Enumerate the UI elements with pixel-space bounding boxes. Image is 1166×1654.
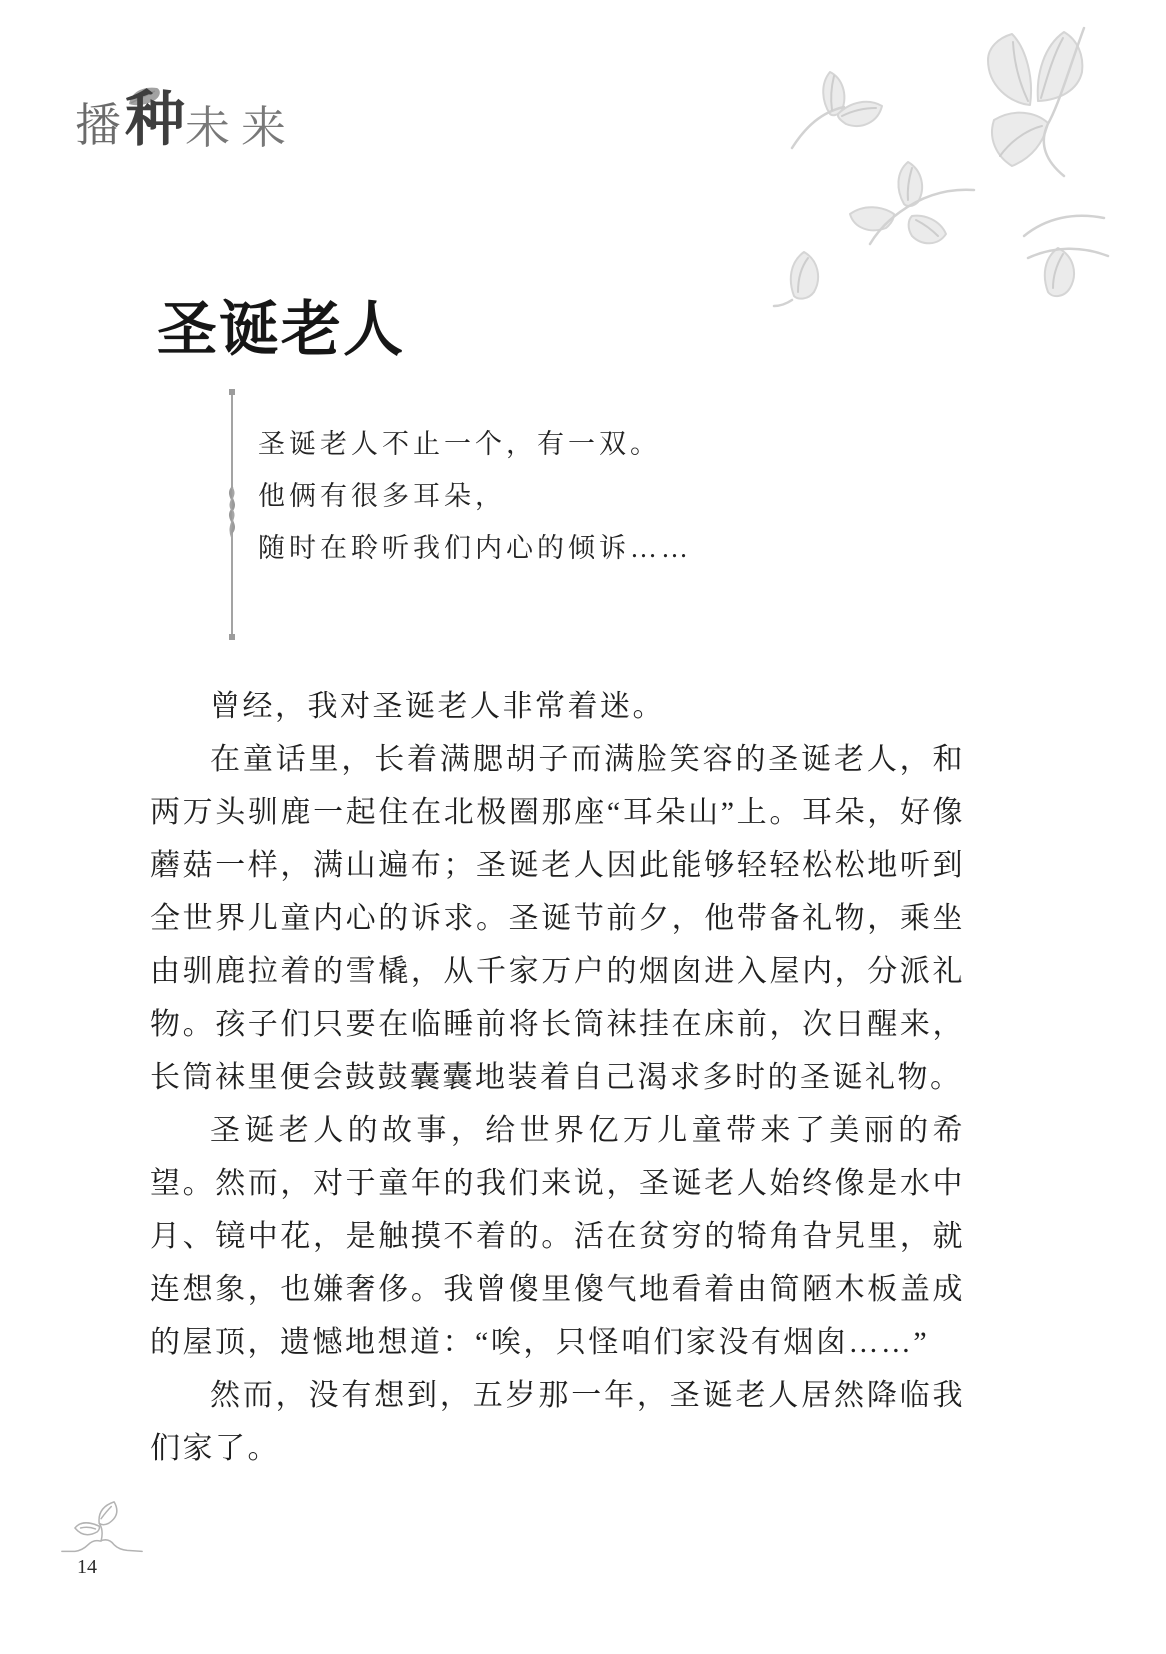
masthead-char-lai: 来	[241, 103, 297, 153]
paragraph: 然而，没有想到，五岁那一年，圣诞老人居然降临我们家了。	[150, 1369, 965, 1475]
seedling-icon	[60, 1497, 144, 1559]
book-page: 播 种 未来 圣诞老人 圣诞老人不止一个，有一双。 他俩有很多耳朵， 随时在聆听…	[0, 0, 1166, 1654]
article-body: 曾经，我对圣诞老人非常着迷。 在童话里，长着满腮胡子而满脸笑容的圣诞老人，和两万…	[150, 680, 965, 1475]
epigraph-line: 随时在聆听我们内心的倾诉……	[258, 522, 692, 574]
masthead-chars-weilai: 未来	[185, 106, 297, 151]
masthead-char-zhong: 种	[125, 90, 185, 150]
epigraph-line: 圣诞老人不止一个，有一双。	[258, 418, 692, 470]
article-title: 圣诞老人	[157, 298, 405, 362]
paragraph: 在童话里，长着满腮胡子而满脸笑容的圣诞老人，和两万头驯鹿一起住在北极圈那座“耳朵…	[150, 733, 965, 1104]
page-number: 14	[77, 1557, 97, 1577]
vine-knot-icon	[223, 486, 241, 542]
epigraph-line: 他俩有很多耳朵，	[258, 470, 692, 522]
leaves-cluster-icon	[726, 8, 1166, 308]
masthead-char-wei: 未	[185, 103, 241, 153]
masthead: 播 种 未来	[75, 90, 335, 170]
masthead-char-bo: 播	[75, 103, 121, 149]
paragraph: 圣诞老人的故事，给世界亿万儿童带来了美丽的希望。然而，对于童年的我们来说，圣诞老…	[150, 1104, 965, 1369]
epigraph: 圣诞老人不止一个，有一双。 他俩有很多耳朵， 随时在聆听我们内心的倾诉……	[258, 418, 692, 574]
paragraph: 曾经，我对圣诞老人非常着迷。	[150, 680, 965, 733]
